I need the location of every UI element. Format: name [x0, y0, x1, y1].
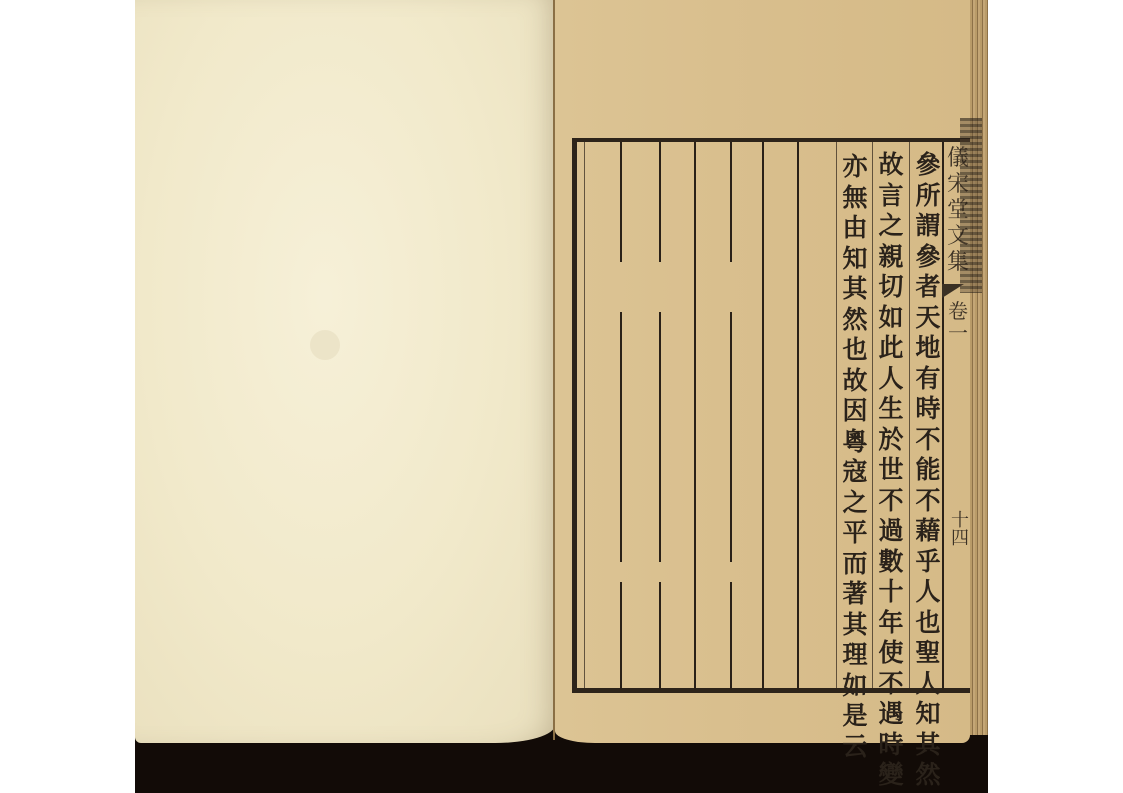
column-rule [659, 142, 661, 690]
char: 數 [878, 547, 903, 578]
char: 生 [878, 394, 903, 425]
char: 人 [915, 669, 940, 700]
char: 如 [878, 303, 903, 334]
column-rule [836, 142, 837, 690]
column-rule [620, 142, 622, 690]
char: 時 [915, 394, 940, 425]
char: 無 [842, 183, 867, 214]
char: 遇 [878, 699, 903, 730]
char: 有 [915, 364, 940, 395]
text-column-2: 故 言 之 親 切 如 此 人 生 於 世 不 過 數 十 年 使 不 遇 時 … [874, 150, 908, 791]
char: 不 [915, 425, 940, 456]
page-char: 四 [951, 530, 969, 548]
char: 親 [878, 242, 903, 273]
column-rule [797, 142, 799, 690]
char: 切 [878, 272, 903, 303]
char: 變 [878, 760, 903, 791]
paper-stain [310, 330, 340, 360]
char: 也 [842, 335, 867, 366]
char: 人 [915, 577, 940, 608]
page-number: 十 四 [948, 512, 972, 548]
book-scan: 亦 無 由 知 其 然 也 故 因 粵 寇 之 平 而 著 其 理 如 是 云 … [135, 0, 988, 793]
char: 者 [915, 272, 940, 303]
ink-bleed-through [960, 118, 982, 293]
char: 之 [878, 211, 903, 242]
char: 知 [842, 244, 867, 275]
char: 粵 [842, 427, 867, 458]
char: 藉 [915, 516, 940, 547]
column-rule [762, 142, 764, 690]
page-edges-stack [970, 0, 988, 735]
char: 然 [915, 760, 940, 791]
char: 乎 [915, 547, 940, 578]
char: 由 [842, 213, 867, 244]
char: 地 [915, 333, 940, 364]
char: 故 [878, 150, 903, 181]
char: 其 [915, 730, 940, 761]
char: 十 [878, 577, 903, 608]
char: 其 [842, 610, 867, 641]
char: 然 [842, 305, 867, 336]
column-rule [584, 142, 585, 690]
char: 其 [842, 274, 867, 305]
char: 而 [842, 549, 867, 580]
text-column-3: 亦 無 由 知 其 然 也 故 因 粵 寇 之 平 而 著 其 理 如 是 云 [838, 152, 872, 762]
char: 能 [915, 455, 940, 486]
volume-label: 卷 一 [946, 300, 970, 344]
char: 聖 [915, 638, 940, 669]
left-page-blank [135, 0, 555, 743]
char: 是 [842, 701, 867, 732]
char: 著 [842, 579, 867, 610]
char: 寇 [842, 457, 867, 488]
column-rule [909, 142, 910, 690]
char: 過 [878, 516, 903, 547]
char: 時 [878, 730, 903, 761]
char: 使 [878, 638, 903, 669]
char: 知 [915, 699, 940, 730]
char: 如 [842, 671, 867, 702]
char: 此 [878, 333, 903, 364]
char: 天 [915, 303, 940, 334]
char: 參 [915, 242, 940, 273]
char: 平 [842, 518, 867, 549]
text-column-1: 參 所 謂 參 者 天 地 有 時 不 能 不 藉 乎 人 也 聖 人 知 其 … [911, 150, 945, 791]
char: 不 [915, 486, 940, 517]
char: 世 [878, 455, 903, 486]
char: 年 [878, 608, 903, 639]
char: 理 [842, 640, 867, 671]
char: 亦 [842, 152, 867, 183]
juan-char: 卷 [948, 300, 968, 322]
char: 言 [878, 181, 903, 212]
char: 人 [878, 364, 903, 395]
char: 故 [842, 366, 867, 397]
char: 參 [915, 150, 940, 181]
char: 云 [842, 732, 867, 763]
juan-char: 一 [948, 322, 968, 344]
column-rule [872, 142, 873, 690]
char: 也 [915, 608, 940, 639]
char: 因 [842, 396, 867, 427]
char: 於 [878, 425, 903, 456]
char: 不 [878, 669, 903, 700]
char: 所 [915, 181, 940, 212]
char: 之 [842, 488, 867, 519]
char: 謂 [915, 211, 940, 242]
char: 不 [878, 486, 903, 517]
column-rule [694, 142, 696, 690]
column-rule [730, 142, 732, 690]
